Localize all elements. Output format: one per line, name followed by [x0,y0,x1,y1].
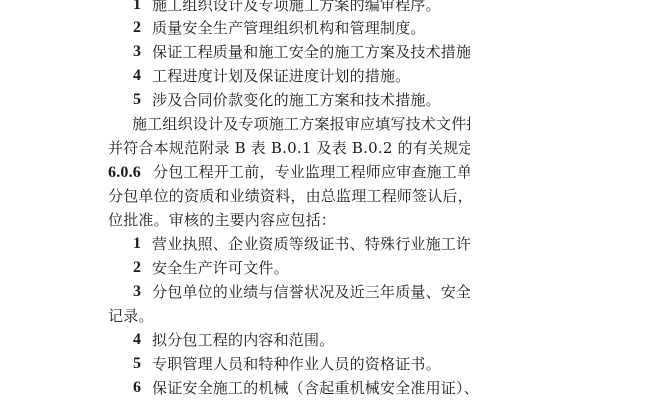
item-text: 质量安全生产管理组织机构和管理制度。 [152,17,426,39]
item-number: 2 [133,17,141,39]
item-text: 施工组织设计及专项施工方案的编审程序。 [152,0,441,16]
paragraph-line: 分包单位的资质和业绩资料，由总监理工程师签认后，报建设单 [108,185,470,207]
item-text: 安全生产许可文件。 [152,257,289,279]
item-text: 分包单位的业绩与信誉状况及近三年质量、安全施工 [152,281,470,303]
list-item: 3 分包单位的业绩与信誉状况及近三年质量、安全施工 [108,281,470,303]
list-item: 5 专职管理人员和特种作业人员的资格证书。 [108,353,470,375]
list-item: 2 安全生产许可文件。 [108,257,470,279]
item-text: 工程进度计划及保证进度计划的措施。 [152,65,410,87]
paragraph-line: 位批准。审核的主要内容应包括： [108,209,470,231]
item-number: 4 [133,329,141,351]
item-text: 专职管理人员和特种作业人员的资格证书。 [152,353,441,375]
item-number: 6 [133,377,141,399]
section-number: 6.0.6 [108,164,141,181]
paragraph-line: 并符合本规范附录 B 表 B.0.1 及表 B.0.2 的有关规定。 [108,137,470,159]
item-text: 拟分包工程的内容和范围。 [152,329,334,351]
item-number: 1 [133,233,141,255]
list-item: 4 拟分包工程的内容和范围。 [108,329,470,351]
item-text: 营业执照、企业资质等级证书、特殊行业施工许可文件等。 [152,233,470,255]
list-item: 3 保证工程质量和施工安全的施工方案及技术措施。 [108,41,470,63]
list-item: 6 保证安全施工的机械（含起重机械安全准用证）、工器具 [108,377,470,399]
list-item: 4 工程进度计划及保证进度计划的措施。 [108,65,470,87]
document-page: 1 施工组织设计及专项施工方案的编审程序。 2 质量安全生产管理组织机构和管理制… [0,0,664,415]
paragraph-line: 记录。 [108,305,470,327]
item-text: 保证工程质量和施工安全的施工方案及技术措施。 [152,41,470,63]
list-item: 5 涉及合同价款变化的施工方案和技术措施。 [108,89,470,111]
paragraph-text: 施工组织设计及专项施工方案报审应填写技术文件报审表， [132,113,470,135]
item-number: 1 [133,0,141,16]
item-number: 5 [133,353,141,375]
item-number: 5 [133,89,141,111]
list-item: 1 营业执照、企业资质等级证书、特殊行业施工许可文件等。 [108,233,470,255]
item-text: 涉及合同价款变化的施工方案和技术措施。 [152,89,441,111]
item-number: 4 [133,65,141,87]
section-text: 分包工程开工前，专业监理工程师应审查施工单位报送的 [153,163,470,181]
paragraph-line: 施工组织设计及专项施工方案报审应填写技术文件报审表， [108,113,470,135]
item-number: 3 [133,41,141,63]
list-item: 2 质量安全生产管理组织机构和管理制度。 [108,17,470,39]
item-text: 保证安全施工的机械（含起重机械安全准用证）、工器具 [152,377,470,399]
item-number: 2 [133,257,141,279]
section-heading-line: 6.0.6分包工程开工前，专业监理工程师应审查施工单位报送的 [108,161,470,183]
item-number: 3 [133,281,141,303]
list-item: 1 施工组织设计及专项施工方案的编审程序。 [108,0,470,16]
